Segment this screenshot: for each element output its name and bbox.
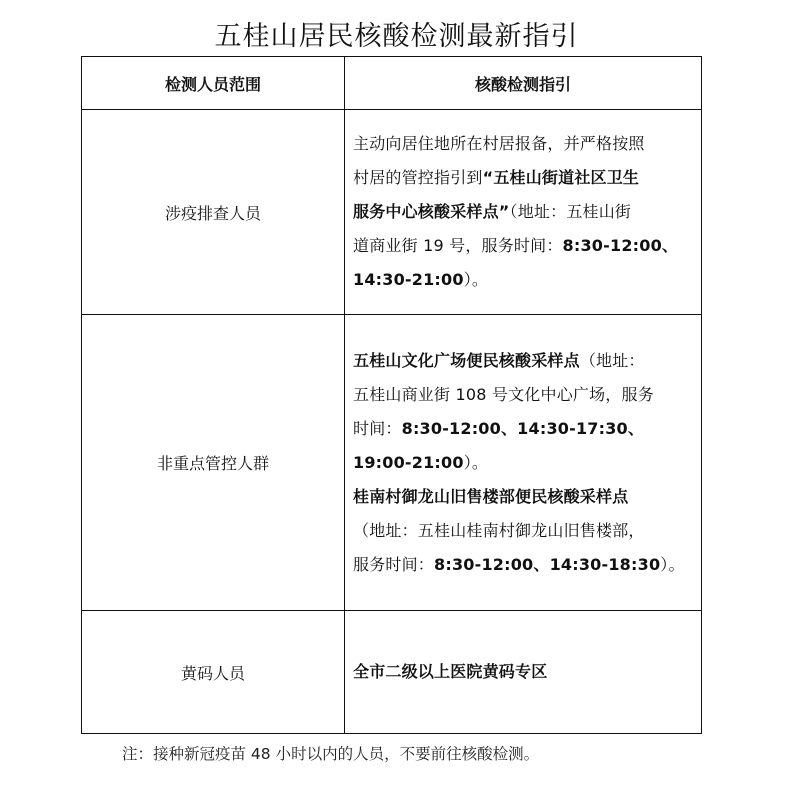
- column-header-guide: 核酸检测指引: [345, 57, 702, 110]
- guide-line: （地址：五桂山桂南村御龙山旧售楼部，: [353, 514, 693, 548]
- guide-line: 道商业街 19 号，服务时间：8:30-12:00、: [353, 229, 693, 263]
- guide-line: 14:30-21:00）。: [353, 263, 693, 297]
- table-header-row: 检测人员范围 核酸检测指引: [82, 57, 702, 110]
- table-row: 非重点管控人群五桂山文化广场便民核酸采样点（地址：五桂山商业街 108 号文化中…: [82, 315, 702, 611]
- body-text: 道商业街 19 号，服务时间：: [353, 236, 563, 255]
- guide-cell: 五桂山文化广场便民核酸采样点（地址：五桂山商业街 108 号文化中心广场，服务时…: [345, 315, 702, 611]
- body-text: 主动向居住地所在村居报备，并严格按照: [353, 134, 645, 153]
- guide-line: 五桂山文化广场便民核酸采样点（地址：: [353, 344, 693, 378]
- guide-line: 服务时间：8:30-12:00、14:30-18:30）。: [353, 548, 693, 582]
- guide-cell: 主动向居住地所在村居报备，并严格按照村居的管控指引到“五桂山街道社区卫生服务中心…: [345, 110, 702, 315]
- emphasis-text: 8:30-12:00、14:30-17:30、: [402, 419, 644, 438]
- testing-guide-table: 检测人员范围 核酸检测指引 涉疫排查人员主动向居住地所在村居报备，并严格按照村居…: [81, 56, 702, 734]
- guide-line: 主动向居住地所在村居报备，并严格按照: [353, 127, 693, 161]
- body-text: 五桂山商业街 108 号文化中心广场，服务: [353, 385, 654, 404]
- emphasis-text: 服务中心核酸采样点”: [353, 202, 510, 221]
- page-title: 五桂山居民核酸检测最新指引: [0, 14, 793, 53]
- emphasis-text: 19:00-21:00: [353, 453, 464, 472]
- guide-line: 服务中心核酸采样点”（地址：五桂山街: [353, 195, 693, 229]
- emphasis-text: 全市二级以上医院黄码专区: [353, 662, 547, 681]
- emphasis-text: 8:30-12:00、14:30-18:30: [434, 555, 660, 574]
- body-text: ）。: [660, 555, 684, 574]
- column-header-scope: 检测人员范围: [82, 57, 345, 110]
- guide-line: 村居的管控指引到“五桂山街道社区卫生: [353, 161, 693, 195]
- body-text: （地址：五桂山桂南村御龙山旧售楼部，: [353, 521, 645, 540]
- category-cell: 非重点管控人群: [82, 315, 345, 611]
- guide-line: 桂南村御龙山旧售楼部便民核酸采样点: [353, 480, 693, 514]
- body-text: （地址：: [580, 351, 645, 370]
- guide-line: 19:00-21:00）。: [353, 446, 693, 480]
- body-text: ）。: [464, 270, 488, 289]
- body-text: 服务时间：: [353, 555, 434, 574]
- guide-line: 全市二级以上医院黄码专区: [353, 655, 693, 689]
- emphasis-text: 14:30-21:00: [353, 270, 464, 289]
- guide-line: 五桂山商业街 108 号文化中心广场，服务: [353, 378, 693, 412]
- footnote: 注：接种新冠疫苗 48 小时以内的人员，不要前往核酸检测。: [122, 742, 539, 764]
- emphasis-text: 五桂山文化广场便民核酸采样点: [353, 351, 580, 370]
- body-text: 时间：: [353, 419, 402, 438]
- guide-line: 时间：8:30-12:00、14:30-17:30、: [353, 412, 693, 446]
- table-row: 黄码人员全市二级以上医院黄码专区: [82, 611, 702, 734]
- emphasis-text: 8:30-12:00、: [563, 236, 679, 255]
- body-text: 村居的管控指引到: [353, 168, 483, 187]
- category-cell: 涉疫排查人员: [82, 110, 345, 315]
- emphasis-text: “五桂山街道社区卫生: [483, 168, 640, 187]
- body-text: （地址：五桂山街: [510, 202, 632, 221]
- category-cell: 黄码人员: [82, 611, 345, 734]
- guide-cell: 全市二级以上医院黄码专区: [345, 611, 702, 734]
- table-row: 涉疫排查人员主动向居住地所在村居报备，并严格按照村居的管控指引到“五桂山街道社区…: [82, 110, 702, 315]
- body-text: ）。: [464, 453, 488, 472]
- emphasis-text: 桂南村御龙山旧售楼部便民核酸采样点: [353, 487, 628, 506]
